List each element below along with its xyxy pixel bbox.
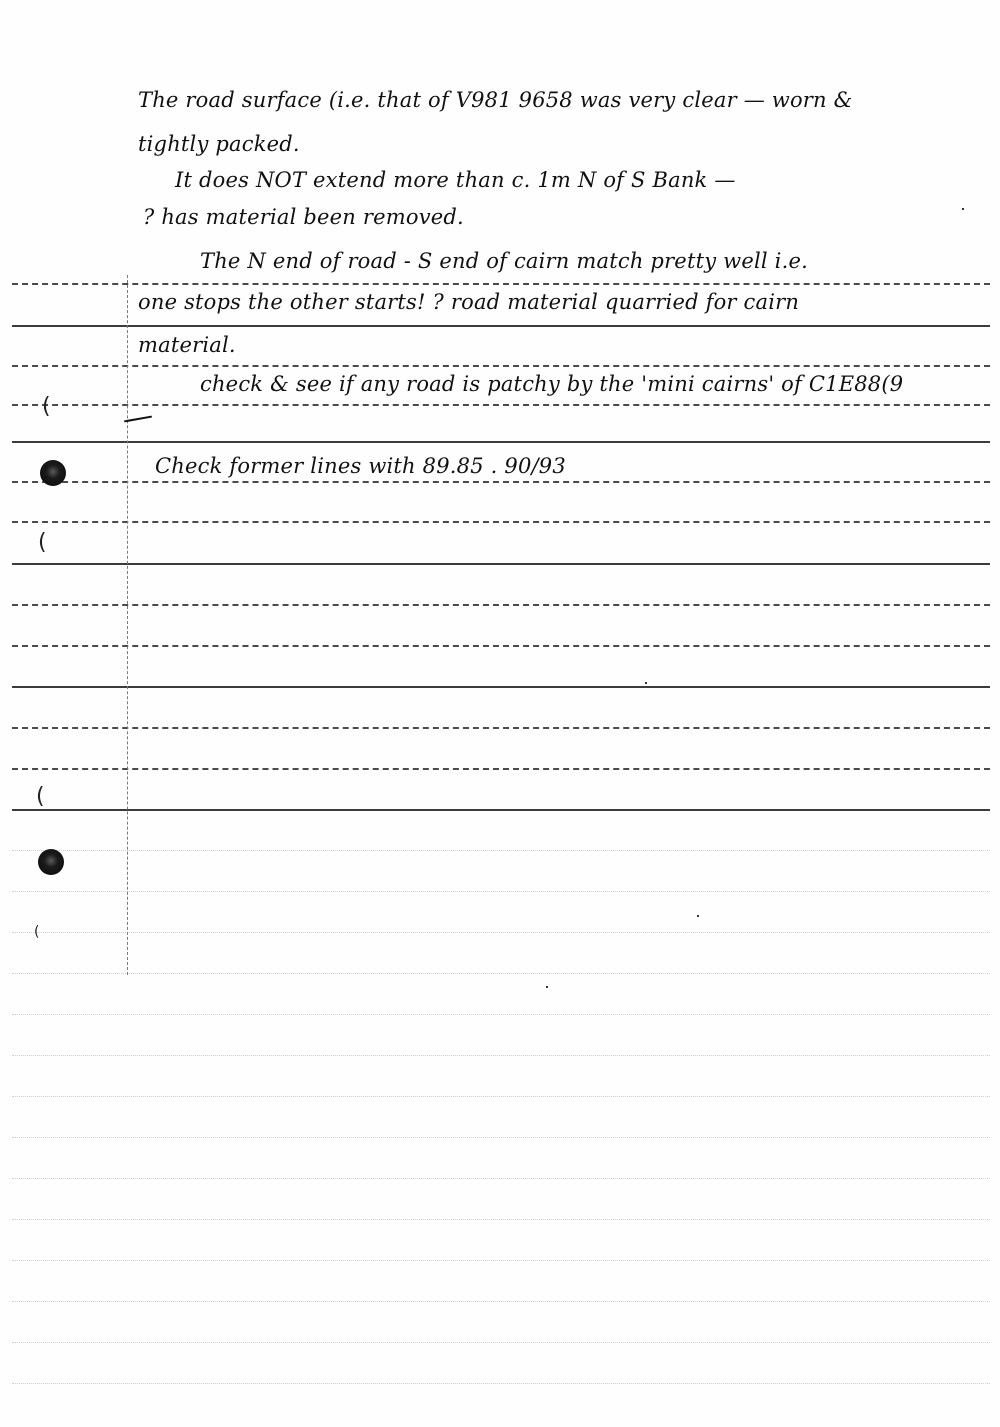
- ruled-line: [12, 809, 990, 811]
- note-line: material.: [138, 333, 236, 357]
- ruled-line: [12, 1342, 990, 1343]
- margin-mark: (: [36, 784, 45, 809]
- ruled-line: [12, 686, 990, 688]
- ruled-line: [12, 1301, 990, 1302]
- ruled-line: [12, 1137, 990, 1138]
- note-line: check & see if any road is patchy by the…: [200, 372, 903, 396]
- margin-mark: (: [34, 924, 39, 940]
- ruled-line: [12, 1014, 990, 1015]
- margin-tick: [124, 416, 152, 423]
- ruled-line: [12, 441, 990, 443]
- ruled-line: [12, 325, 990, 327]
- ruled-line: [12, 481, 990, 483]
- speck: [962, 208, 964, 210]
- punch-hole: [40, 460, 66, 486]
- note-line: Check former lines with 89.85 . 90/93: [155, 454, 566, 478]
- ruled-line: [12, 521, 990, 523]
- note-line: It does NOT extend more than c. 1m N of …: [175, 168, 736, 192]
- ruled-line: [12, 850, 990, 851]
- note-line: The N end of road - S end of cairn match…: [200, 249, 808, 273]
- ruled-line: [12, 1096, 990, 1097]
- ruled-line: [12, 404, 990, 406]
- ruled-line: [12, 1178, 990, 1179]
- ruled-line: [12, 604, 990, 606]
- note-line: The road surface (i.e. that of V981 9658…: [138, 88, 853, 112]
- notebook-page: ( ( ( ( The road surface (i.e. that of V…: [0, 0, 1000, 1427]
- ruled-line: [12, 645, 990, 647]
- margin-line: [127, 275, 128, 975]
- ruled-line: [12, 563, 990, 565]
- ruled-line: [12, 283, 990, 285]
- ruled-line: [12, 365, 990, 367]
- note-line: one stops the other starts! ? road mater…: [138, 290, 799, 314]
- ruled-line: [12, 932, 990, 933]
- note-line: tightly packed.: [138, 132, 300, 156]
- speck: [546, 986, 548, 988]
- speck: [645, 682, 647, 684]
- ruled-line: [12, 1219, 990, 1220]
- ruled-line: [12, 973, 990, 974]
- ruled-line: [12, 727, 990, 729]
- ruled-line: [12, 891, 990, 892]
- note-line: ? has material been removed.: [143, 205, 464, 229]
- margin-mark: (: [38, 530, 47, 555]
- ruled-line: [12, 768, 990, 770]
- ruled-line: [12, 1260, 990, 1261]
- ruled-line: [12, 1383, 990, 1384]
- punch-hole: [38, 849, 64, 875]
- speck: [697, 915, 699, 917]
- margin-mark: (: [42, 394, 51, 419]
- ruled-line: [12, 1055, 990, 1056]
